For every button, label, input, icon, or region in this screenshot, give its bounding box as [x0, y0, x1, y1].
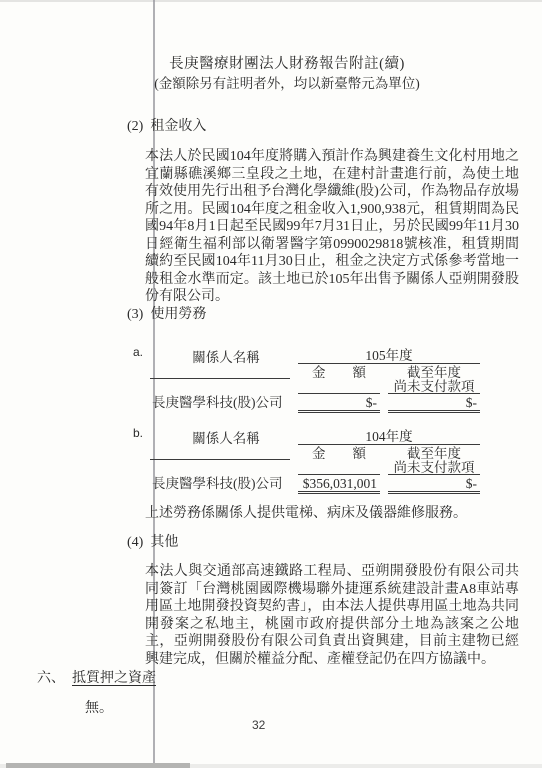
document-subtitle: (金額除另有註明者外，均以新臺幣元為單位)	[57, 74, 517, 94]
related-party-table-105: a. 關係人名稱 105年度 金 額 截至年度 尚未支付款項 長庚醫學科技(股)…	[150, 349, 517, 413]
page-content: 長庚醫療財團法人財務報告附註(續) (金額除另有註明者外，均以新臺幣元為單位) …	[0, 0, 542, 768]
table-row-unpaid: $-	[388, 475, 480, 494]
table-col-unpaid-header: 截至年度 尚未支付款項	[388, 364, 480, 394]
other-paragraph: 本法人與交通部高速鐵路工程局、亞朔開發股份有限公司共同簽訂「台灣桃園國際機場聯外…	[145, 563, 519, 668]
document-page: 長庚醫療財團法人財務報告附註(續) (金額除另有註明者外，均以新臺幣元為單位) …	[0, 0, 542, 768]
related-party-table-104: b. 關係人名稱 104年度 金 額 截至年度 尚未支付款項 長庚醫學科技(股)…	[150, 430, 517, 494]
section-label: (2)	[127, 119, 143, 135]
unpaid-header-line2: 尚未支付款項	[394, 380, 475, 394]
table-col-name-header: 關係人名稱	[150, 349, 290, 379]
table-row-name: 長庚醫學科技(股)公司	[150, 475, 290, 494]
table-col-unpaid-header: 截至年度 尚未支付款項	[388, 445, 480, 475]
pledged-assets-body: 無。	[85, 700, 517, 717]
page-number: 32	[252, 718, 265, 732]
related-party-table: 關係人名稱 104年度 金 額 截至年度 尚未支付款項 長庚醫學科技(股)公司 …	[150, 430, 480, 494]
related-party-table: 關係人名稱 105年度 金 額 截至年度 尚未支付款項 長庚醫學科技(股)公司 …	[150, 349, 480, 413]
unpaid-header-line2: 尚未支付款項	[394, 461, 475, 475]
document-header: 長庚醫療財團法人財務報告附註(續) (金額除另有註明者外，均以新臺幣元為單位)	[37, 54, 517, 94]
section-title: 抵質押之資產	[72, 671, 156, 687]
section-title: 租金收入	[150, 119, 206, 135]
section-heading-rental-income: (2) 租金收入	[127, 119, 517, 135]
table-row-name: 長庚醫學科技(股)公司	[150, 394, 290, 413]
unpaid-header-line1: 截至年度	[407, 447, 461, 461]
document-title: 長庚醫療財團法人財務報告附註(續)	[57, 54, 517, 74]
section-heading-services-used: (3) 使用勞務	[127, 307, 517, 323]
unpaid-header-line1: 截至年度	[407, 366, 461, 380]
table-col-name-header: 關係人名稱	[150, 430, 290, 460]
services-note: 上述勞務係關係人提供電梯、病床及儀器維修服務。	[145, 505, 517, 523]
section-label: 六、	[37, 671, 65, 687]
table-col-amount-header: 金 額	[298, 445, 380, 475]
table-year-header: 104年度	[298, 430, 480, 445]
section-heading-pledged-assets: 六、 抵質押之資產	[37, 671, 517, 687]
table-row-amount: $356,031,001	[298, 475, 380, 494]
table-row-unpaid: $-	[388, 394, 480, 413]
section-label: (4)	[127, 535, 143, 551]
section-heading-other: (4) 其他	[127, 535, 517, 551]
table-item-label: b.	[133, 426, 143, 440]
table-col-amount-header: 金 額	[298, 364, 380, 394]
section-title: 使用勞務	[150, 307, 206, 323]
table-item-label: a.	[133, 345, 143, 359]
section-title: 其他	[150, 535, 178, 551]
table-year-header: 105年度	[298, 349, 480, 364]
section-label: (3)	[127, 307, 143, 323]
rental-income-paragraph: 本法人於民國104年度將購入預計作為興建養生文化村用地之宜蘭縣礁溪鄉三皇段之土地…	[145, 148, 519, 306]
bottom-left-scan-band	[6, 763, 190, 768]
table-row-amount: $-	[298, 394, 380, 413]
